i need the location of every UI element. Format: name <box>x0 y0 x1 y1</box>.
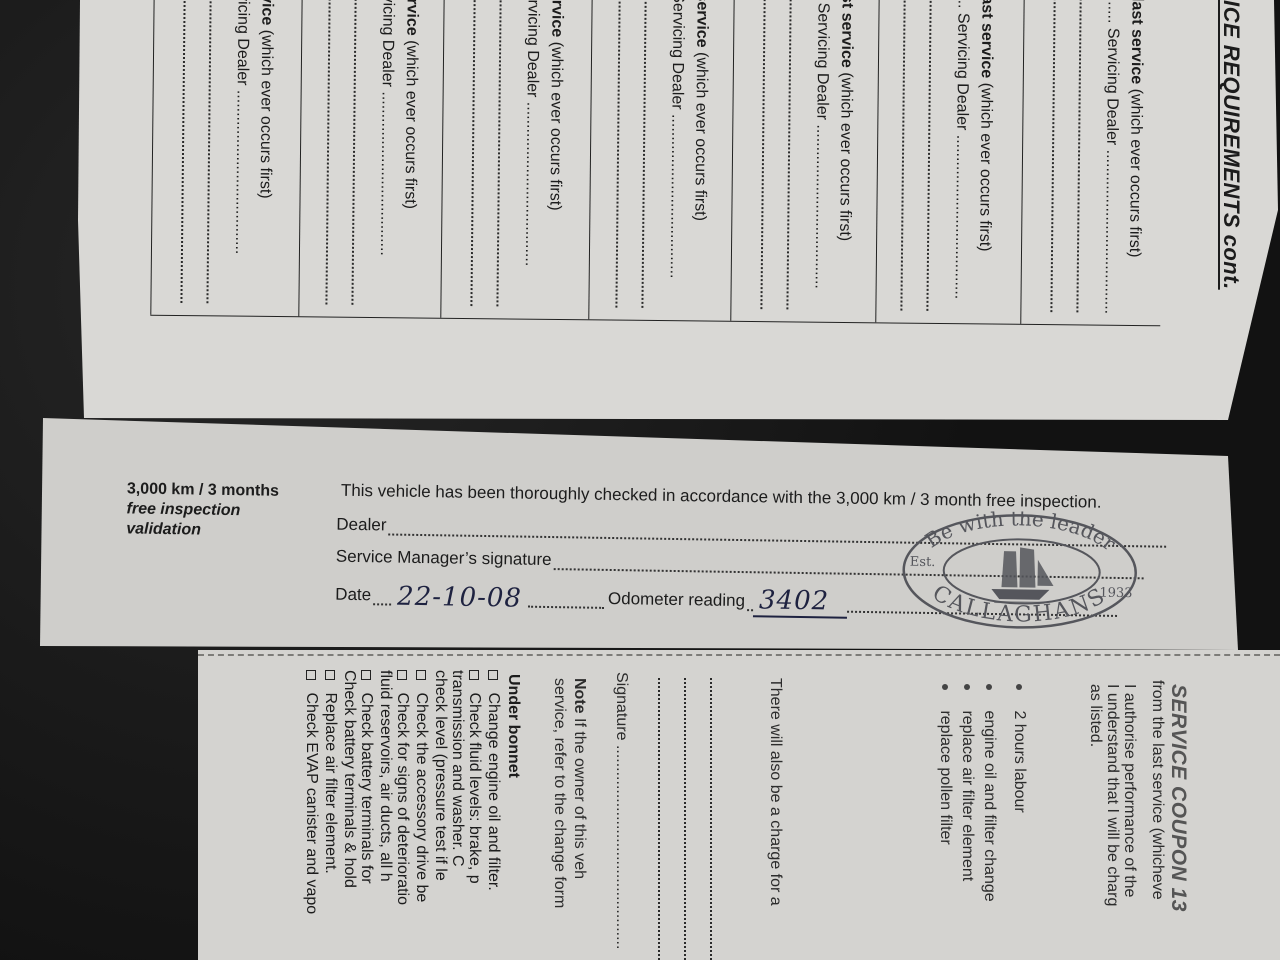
servicing-dealer-field[interactable]: ervicing Dealer ........................… <box>520 0 541 311</box>
perforation-line <box>198 654 1280 656</box>
ship-icon <box>991 547 1054 604</box>
servicing-dealer-field[interactable]: rvicing Dealer .........................… <box>230 0 251 308</box>
entry-dotted-line[interactable] <box>926 0 931 311</box>
charge-entry-line[interactable] <box>710 678 712 960</box>
under-bonnet-heading: Under bonnet <box>504 674 522 778</box>
checklist-item[interactable]: Replace air filter element. <box>321 670 339 874</box>
checklist-item: transmission and washer. C <box>448 670 466 867</box>
servicing-dealer-field[interactable]: ... Servicing Dealer ...................… <box>950 0 971 315</box>
stamp-year: 1933 <box>1099 586 1132 602</box>
table-column-divider <box>440 0 444 318</box>
service-interval-label: ervice (which ever occurs first) <box>400 0 420 209</box>
service-interval-label: rvice (which ever occurs first) <box>256 0 276 199</box>
coupon-item: replace air filter element <box>958 684 976 881</box>
note-text: Note If the owner of this veh <box>570 678 588 879</box>
coupon-title: SERVICE COUPON 13 <box>1166 684 1190 912</box>
charge-notice: There will also be a charge for a <box>766 678 784 906</box>
entry-dotted-line[interactable] <box>325 0 330 305</box>
inspection-validation-page: 3,000 km / 3 months free inspection vali… <box>40 418 1240 650</box>
note-text: service, refer to the change form <box>550 678 568 908</box>
servicing-dealer-field[interactable]: ...... Servicing Dealer ................… <box>1100 0 1121 317</box>
coupon-subtitle: from the last service (whicheve <box>1148 680 1166 900</box>
entry-dotted-line[interactable] <box>470 0 475 306</box>
entry-dotted-line[interactable] <box>760 0 765 309</box>
service-interval-label: ervice (which ever occurs first) <box>545 0 565 211</box>
entry-dotted-line[interactable] <box>786 0 791 309</box>
authorisation-text: I authorise performance of the <box>1120 684 1138 897</box>
table-column-divider <box>588 0 592 319</box>
entry-dotted-line[interactable] <box>1050 0 1055 312</box>
checkbox[interactable] <box>469 670 479 680</box>
service-requirements-table: last service (which ever occurs first)..… <box>150 0 1163 326</box>
date-value-handwritten[interactable]: 22-10-08 <box>391 582 528 614</box>
service-interval-label: service (which ever occurs first) <box>690 0 710 221</box>
service-interval-label: last service (which ever occurs first) <box>1125 0 1146 258</box>
odometer-value-handwritten[interactable]: 3402 <box>753 585 848 618</box>
dotted-leader <box>528 592 604 609</box>
checklist-item[interactable]: Check for signs of deterioratio <box>393 670 411 905</box>
dealer-label: Dealer <box>336 515 388 536</box>
servicing-dealer-field[interactable]: . Servicing Dealer .....................… <box>810 0 831 314</box>
bullet-icon <box>964 684 970 690</box>
checklist-item[interactable]: Check EVAP canister and vapo <box>302 670 320 914</box>
service-interval-label: ast service (which ever occurs first) <box>975 0 996 252</box>
validation-statement: This vehicle has been thoroughly checked… <box>341 481 1102 513</box>
entry-dotted-line[interactable] <box>1076 0 1081 312</box>
dealer-stamp: Be with the leader CALLAGHANS Est. 1933 <box>899 510 1141 634</box>
checklist-item: fluid reservoirs, air ducts, all h <box>376 670 394 882</box>
service-requirements-page: last service (which ever occurs first)..… <box>78 0 1278 420</box>
checklist-item[interactable]: Check fluid levels: brake, p <box>465 670 483 884</box>
coupon-item: replace pollen filter <box>936 684 954 845</box>
entry-dotted-line[interactable] <box>180 0 185 303</box>
charge-entry-line[interactable] <box>684 678 686 960</box>
coupon-item: 2 hours labour <box>1010 684 1028 813</box>
table-column-divider <box>298 0 302 316</box>
signature-label: Service Manager’s signature <box>336 547 554 570</box>
bullet-icon <box>942 684 948 690</box>
page-heading: ICE REQUIREMENTS cont. <box>1218 0 1244 290</box>
checklist-item[interactable]: Check battery terminals for <box>357 670 375 884</box>
table-column-divider <box>1020 0 1024 324</box>
service-interval-label: st service (which ever occurs first) <box>835 0 856 241</box>
checkbox[interactable] <box>416 670 426 680</box>
odometer-label: Odometer reading <box>604 589 747 611</box>
checkbox[interactable] <box>306 670 316 680</box>
entry-dotted-line[interactable] <box>496 0 501 306</box>
stamp-est: Est. <box>910 555 936 570</box>
charge-entry-line[interactable] <box>658 678 660 960</box>
checkbox[interactable] <box>488 670 498 680</box>
checklist-item[interactable]: Change engine oil and filter. <box>484 670 502 891</box>
authorisation-text: as listed. <box>1086 684 1104 747</box>
entry-dotted-line[interactable] <box>615 0 620 308</box>
table-column-divider <box>730 0 734 321</box>
table-column-divider <box>150 0 154 315</box>
entry-dotted-line[interactable] <box>206 0 211 303</box>
entry-dotted-line[interactable] <box>900 0 905 311</box>
validation-title: 3,000 km / 3 months free inspection vali… <box>126 479 327 542</box>
checkbox[interactable] <box>397 670 407 680</box>
checkbox[interactable] <box>325 670 335 680</box>
bullet-icon <box>1016 684 1022 690</box>
bullet-icon <box>986 684 992 690</box>
dotted-leader <box>373 589 391 605</box>
signature-field[interactable]: Signature ..............................… <box>612 672 630 949</box>
entry-dotted-line[interactable] <box>351 0 356 305</box>
checkbox[interactable] <box>361 670 371 680</box>
table-column-divider <box>875 0 879 322</box>
checklist-item: Check battery terminals & hold <box>340 670 358 888</box>
checklist-item[interactable]: Check the accessory drive be <box>412 670 430 902</box>
authorisation-text: I understand that I will be charg <box>1103 684 1121 906</box>
servicing-dealer-field[interactable]: rvicing Dealer .........................… <box>375 0 396 309</box>
coupon-item: engine oil and filter change <box>980 684 998 902</box>
checklist-item: check level (pressure test if le <box>431 670 449 881</box>
service-coupon-page: SERVICE COUPON 13from the last service (… <box>198 650 1280 960</box>
entry-dotted-line[interactable] <box>641 0 646 308</box>
date-label: Date <box>335 585 373 606</box>
servicing-dealer-field[interactable]: Servicing Dealer .......................… <box>665 0 686 312</box>
